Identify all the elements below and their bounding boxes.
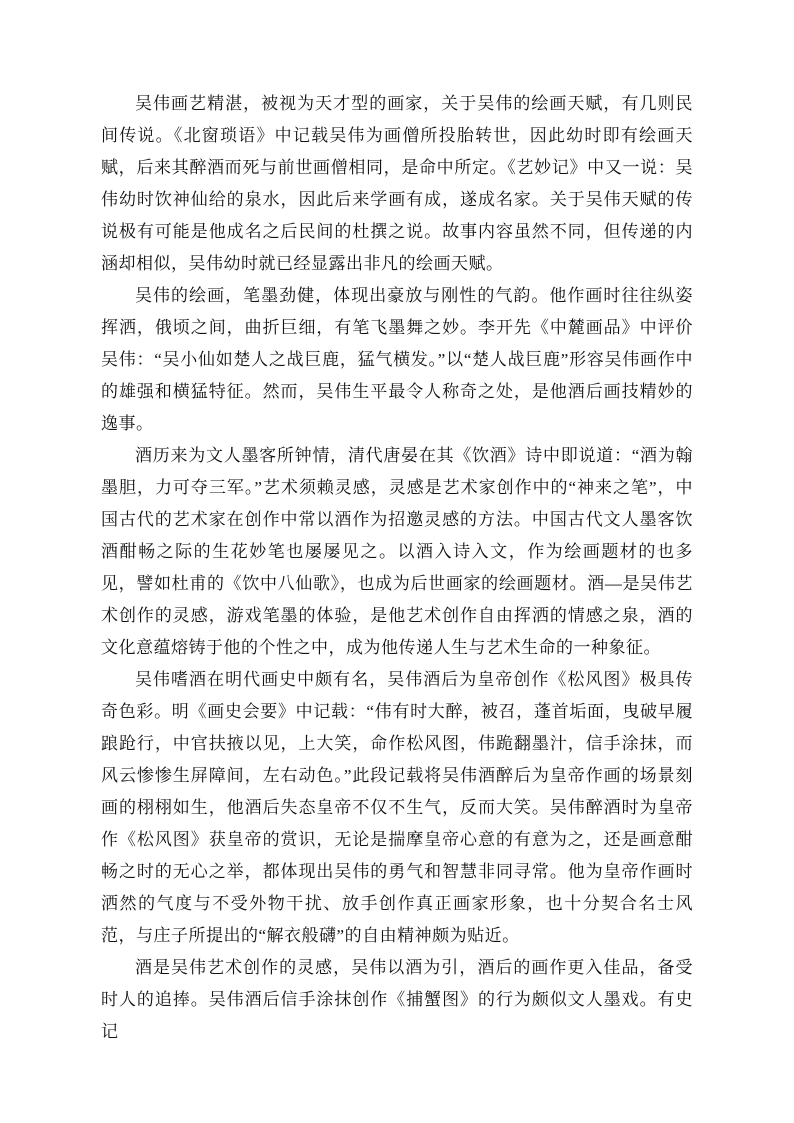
paragraph-3: 酒历来为文人墨客所钟情，清代唐晏在其《饮酒》诗中即说道：“酒为翰墨胆，力可夺三军… <box>101 440 693 664</box>
paragraph-5: 酒是吴伟艺术创作的灵感，吴伟以酒为引，酒后的画作更入佳品，备受时人的追捧。吴伟酒… <box>101 952 693 1048</box>
document-page: 吴伟画艺精湛，被视为天才型的画家，关于吴伟的绘画天赋，有几则民间传说。《北窗琐语… <box>0 0 794 1123</box>
paragraph-4: 吴伟嗜酒在明代画史中颇有名，吴伟酒后为皇帝创作《松风图》极具传奇色彩。明《画史会… <box>101 664 693 952</box>
document-body: 吴伟画艺精湛，被视为天才型的画家，关于吴伟的绘画天赋，有几则民间传说。《北窗琐语… <box>101 88 693 1048</box>
paragraph-2: 吴伟的绘画，笔墨劲健，体现出豪放与刚性的气韵。他作画时往往纵姿挥洒，俄顷之间，曲… <box>101 280 693 440</box>
paragraph-1: 吴伟画艺精湛，被视为天才型的画家，关于吴伟的绘画天赋，有几则民间传说。《北窗琐语… <box>101 88 693 280</box>
